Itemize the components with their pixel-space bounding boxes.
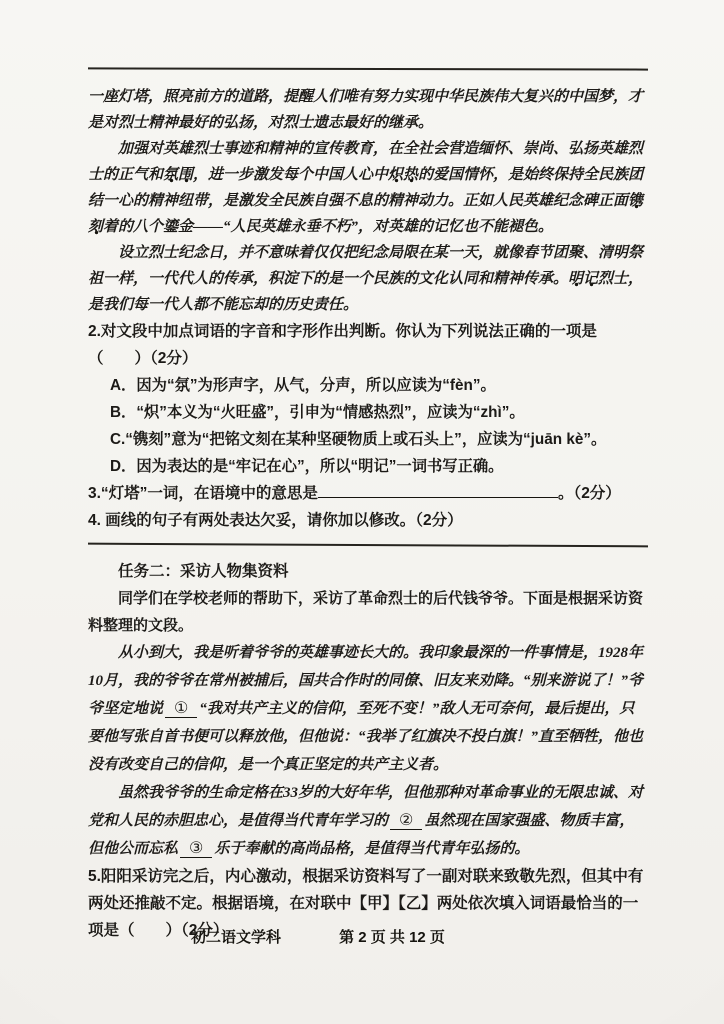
answer-blank-line [318, 497, 558, 498]
circled-number-blank: ③ [180, 840, 212, 858]
footer-subject: 初二语文学科 [191, 926, 281, 947]
circled-number-blank: ② [390, 812, 422, 830]
emphasized-word: 炽热 [388, 167, 418, 183]
emphasized-word: 镌刻 [88, 193, 643, 235]
passage-paragraph-3: 设立烈士纪念日，并不意味着仅仅把纪念局限在某一天，就像春节团聚、清明祭祖一样，一… [88, 240, 648, 318]
emphasized-word: 氛围 [163, 167, 193, 183]
question-4: 4. 画线的句子有两处表达欠妥，请你加以修改。（2分） [88, 507, 648, 534]
top-rule [88, 67, 648, 70]
interview-paragraph-1: 从小到大，我是听着爷爷的英雄事迹长大的。我印象最深的一件事情是，1928年10月… [88, 639, 648, 779]
option-a: A．因为“氛”为形声字，从气，分声，所以应读为“fèn”。 [88, 372, 648, 399]
task-2-intro: 同学们在学校老师的帮助下，采访了革命烈士的后代钱爷爷。下面是根据采访资料整理的文… [88, 585, 648, 639]
circled-number-blank: ① [165, 700, 197, 718]
section-divider [88, 543, 648, 548]
option-d: D．因为表达的是“牢记在心”，所以“明记”一词书写正确。 [88, 453, 648, 480]
exam-paper-page: 一座灯塔，照亮前方的道路，提醒人们唯有努力实现中华民族伟大复兴的中国梦，才是对烈… [0, 0, 724, 1024]
interview-paragraph-2: 虽然我爷爷的生命定格在33岁的大好年华，但他那种对革命事业的无限忠诚、对党和人民… [88, 779, 648, 863]
option-b: B．“炽”本义为“火旺盛”，引申为“情感热烈”，应读为“zhì”。 [88, 399, 648, 426]
footer-page-indicator: 第 2 页 共 12 页 [339, 926, 445, 947]
passage-continuation: 一座灯塔，照亮前方的道路，提醒人们唯有努力实现中华民族伟大复兴的中国梦，才是对烈… [88, 84, 648, 136]
question-3: 3.“灯塔”一词，在语境中的意思是。（2分） [88, 480, 648, 507]
document-body: 一座灯塔，照亮前方的道路，提醒人们唯有努力实现中华民族伟大复兴的中国梦，才是对烈… [88, 68, 648, 944]
option-c: C.“镌刻”意为“把铭文刻在某种坚硬物质上或石头上”，应读为“juān kè”。 [88, 426, 648, 453]
page-footer: 初二语文学科 第 2 页 共 12 页 [0, 926, 724, 947]
emphasized-word: 明记 [568, 271, 598, 287]
passage-paragraph-2: 加强对英雄烈士事迹和精神的宣传教育，在全社会营造缅怀、崇尚、弘扬英雄烈士的正气和… [88, 136, 648, 240]
task-2-heading: 任务二：采访人物集资料 [88, 558, 648, 585]
question-2: 2.对文段中加点词语的字音和字形作出判断。你认为下列说法正确的一项是（ ）（2分… [88, 318, 648, 372]
